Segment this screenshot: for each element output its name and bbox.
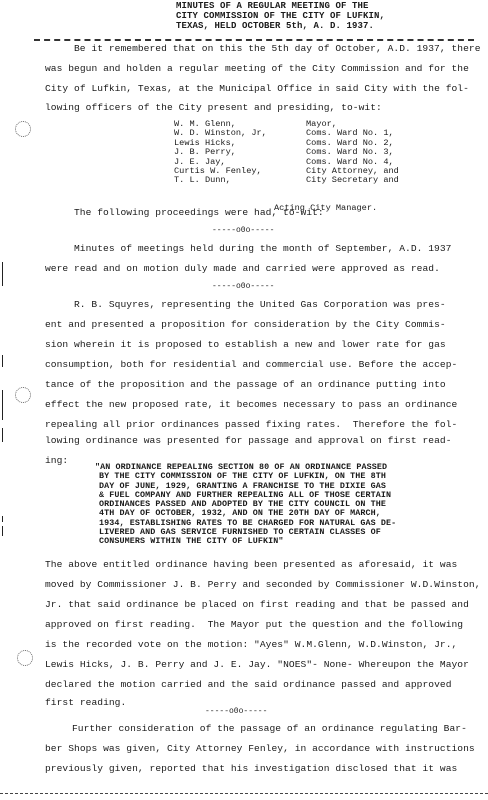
vote-line-8: first reading. bbox=[45, 698, 126, 708]
officer-title: City Secretary and bbox=[306, 176, 399, 185]
officer-name: T. L. Dunn, bbox=[174, 176, 306, 185]
ordinance-line: CONSUMERS WITHIN THE CITY OF LUFKIN" bbox=[95, 537, 396, 546]
gas-line-9: ing: bbox=[45, 456, 68, 466]
separator-2: -----o0o----- bbox=[212, 283, 274, 291]
header-line-1: MINUTES OF A REGULAR MEETING OF THE bbox=[176, 2, 488, 11]
minutes-line-2: were read and on motion duly made and ca… bbox=[45, 264, 440, 274]
margin-mark bbox=[2, 516, 3, 522]
margin-mark bbox=[2, 262, 3, 286]
barber-line-3: previously given, reported that his inve… bbox=[45, 764, 457, 774]
gas-line-5: tance of the proposition and the passage… bbox=[45, 380, 446, 390]
punch-hole-mark bbox=[17, 650, 33, 666]
opening-line-3: City of Lufkin, Texas, at the Municipal … bbox=[45, 84, 469, 94]
ordinance-title-block: "AN ORDINANCE REPEALING SECTION 80 OF AN… bbox=[95, 463, 396, 547]
gas-line-3: sion wherein it is proposed to establish… bbox=[45, 340, 446, 350]
vote-line-7: declared the motion carried and the said… bbox=[45, 680, 452, 690]
header-dashed-rule bbox=[34, 39, 474, 41]
margin-mark bbox=[2, 526, 3, 536]
proceedings-intro: The following proceedings were had, to-w… bbox=[74, 208, 324, 218]
margin-mark bbox=[2, 428, 3, 442]
vote-line-5: is the recorded vote on the motion: "Aye… bbox=[45, 640, 457, 650]
vote-line-4: approved on first reading. The Mayor put… bbox=[45, 620, 463, 630]
vote-line-6: Lewis Hicks, J. B. Perry and J. E. Jay. … bbox=[45, 660, 469, 670]
barber-line-2: ber Shops was given, City Attorney Fenle… bbox=[45, 744, 475, 754]
opening-line-4: lowing officers of the City present and … bbox=[45, 103, 382, 113]
separator-3: -----o0o----- bbox=[205, 708, 267, 716]
vote-line-3: Jr. that said ordinance be placed on fir… bbox=[45, 600, 469, 610]
margin-mark bbox=[2, 390, 3, 420]
gas-line-7: repealing all prior ordinances passed fi… bbox=[45, 420, 457, 430]
header-line-3: TEXAS, HELD OCTOBER 5th, A. D. 1937. bbox=[176, 22, 488, 31]
officers-list: W. M. Glenn, Mayor, W. D. Winston, Jr, C… bbox=[174, 120, 399, 186]
officer-row: T. L. Dunn, City Secretary and bbox=[174, 176, 399, 185]
punch-hole-mark bbox=[15, 121, 31, 137]
document-page: MINUTES OF A REGULAR MEETING OF THE CITY… bbox=[0, 0, 488, 800]
gas-line-1: R. B. Squyres, representing the United G… bbox=[74, 300, 446, 310]
opening-line-2: was begun and holden a regular meeting o… bbox=[45, 64, 469, 74]
gas-line-2: ent and presented a proposition for cons… bbox=[45, 320, 446, 330]
margin-mark bbox=[2, 355, 3, 367]
vote-line-1: The above entitled ordinance having been… bbox=[45, 560, 457, 570]
barber-line-1: Further consideration of the passage of … bbox=[72, 724, 467, 734]
gas-line-8: lowing ordinance was presented for passa… bbox=[45, 436, 452, 446]
minutes-line-1: Minutes of meetings held during the mont… bbox=[74, 244, 451, 254]
separator-1: -----o0o----- bbox=[212, 227, 274, 235]
vote-line-2: moved by Commissioner J. B. Perry and se… bbox=[45, 580, 481, 590]
opening-line-1: Be it remembered that on this the 5th da… bbox=[74, 44, 481, 54]
gas-line-6: effect the new proposed rate, it becomes… bbox=[45, 400, 457, 410]
bottom-scan-edge bbox=[0, 793, 488, 796]
header-line-2: CITY COMMISSION OF THE CITY OF LUFKIN, bbox=[176, 12, 488, 21]
punch-hole-mark bbox=[15, 387, 31, 403]
gas-line-4: consumption, both for residential and co… bbox=[45, 360, 457, 370]
